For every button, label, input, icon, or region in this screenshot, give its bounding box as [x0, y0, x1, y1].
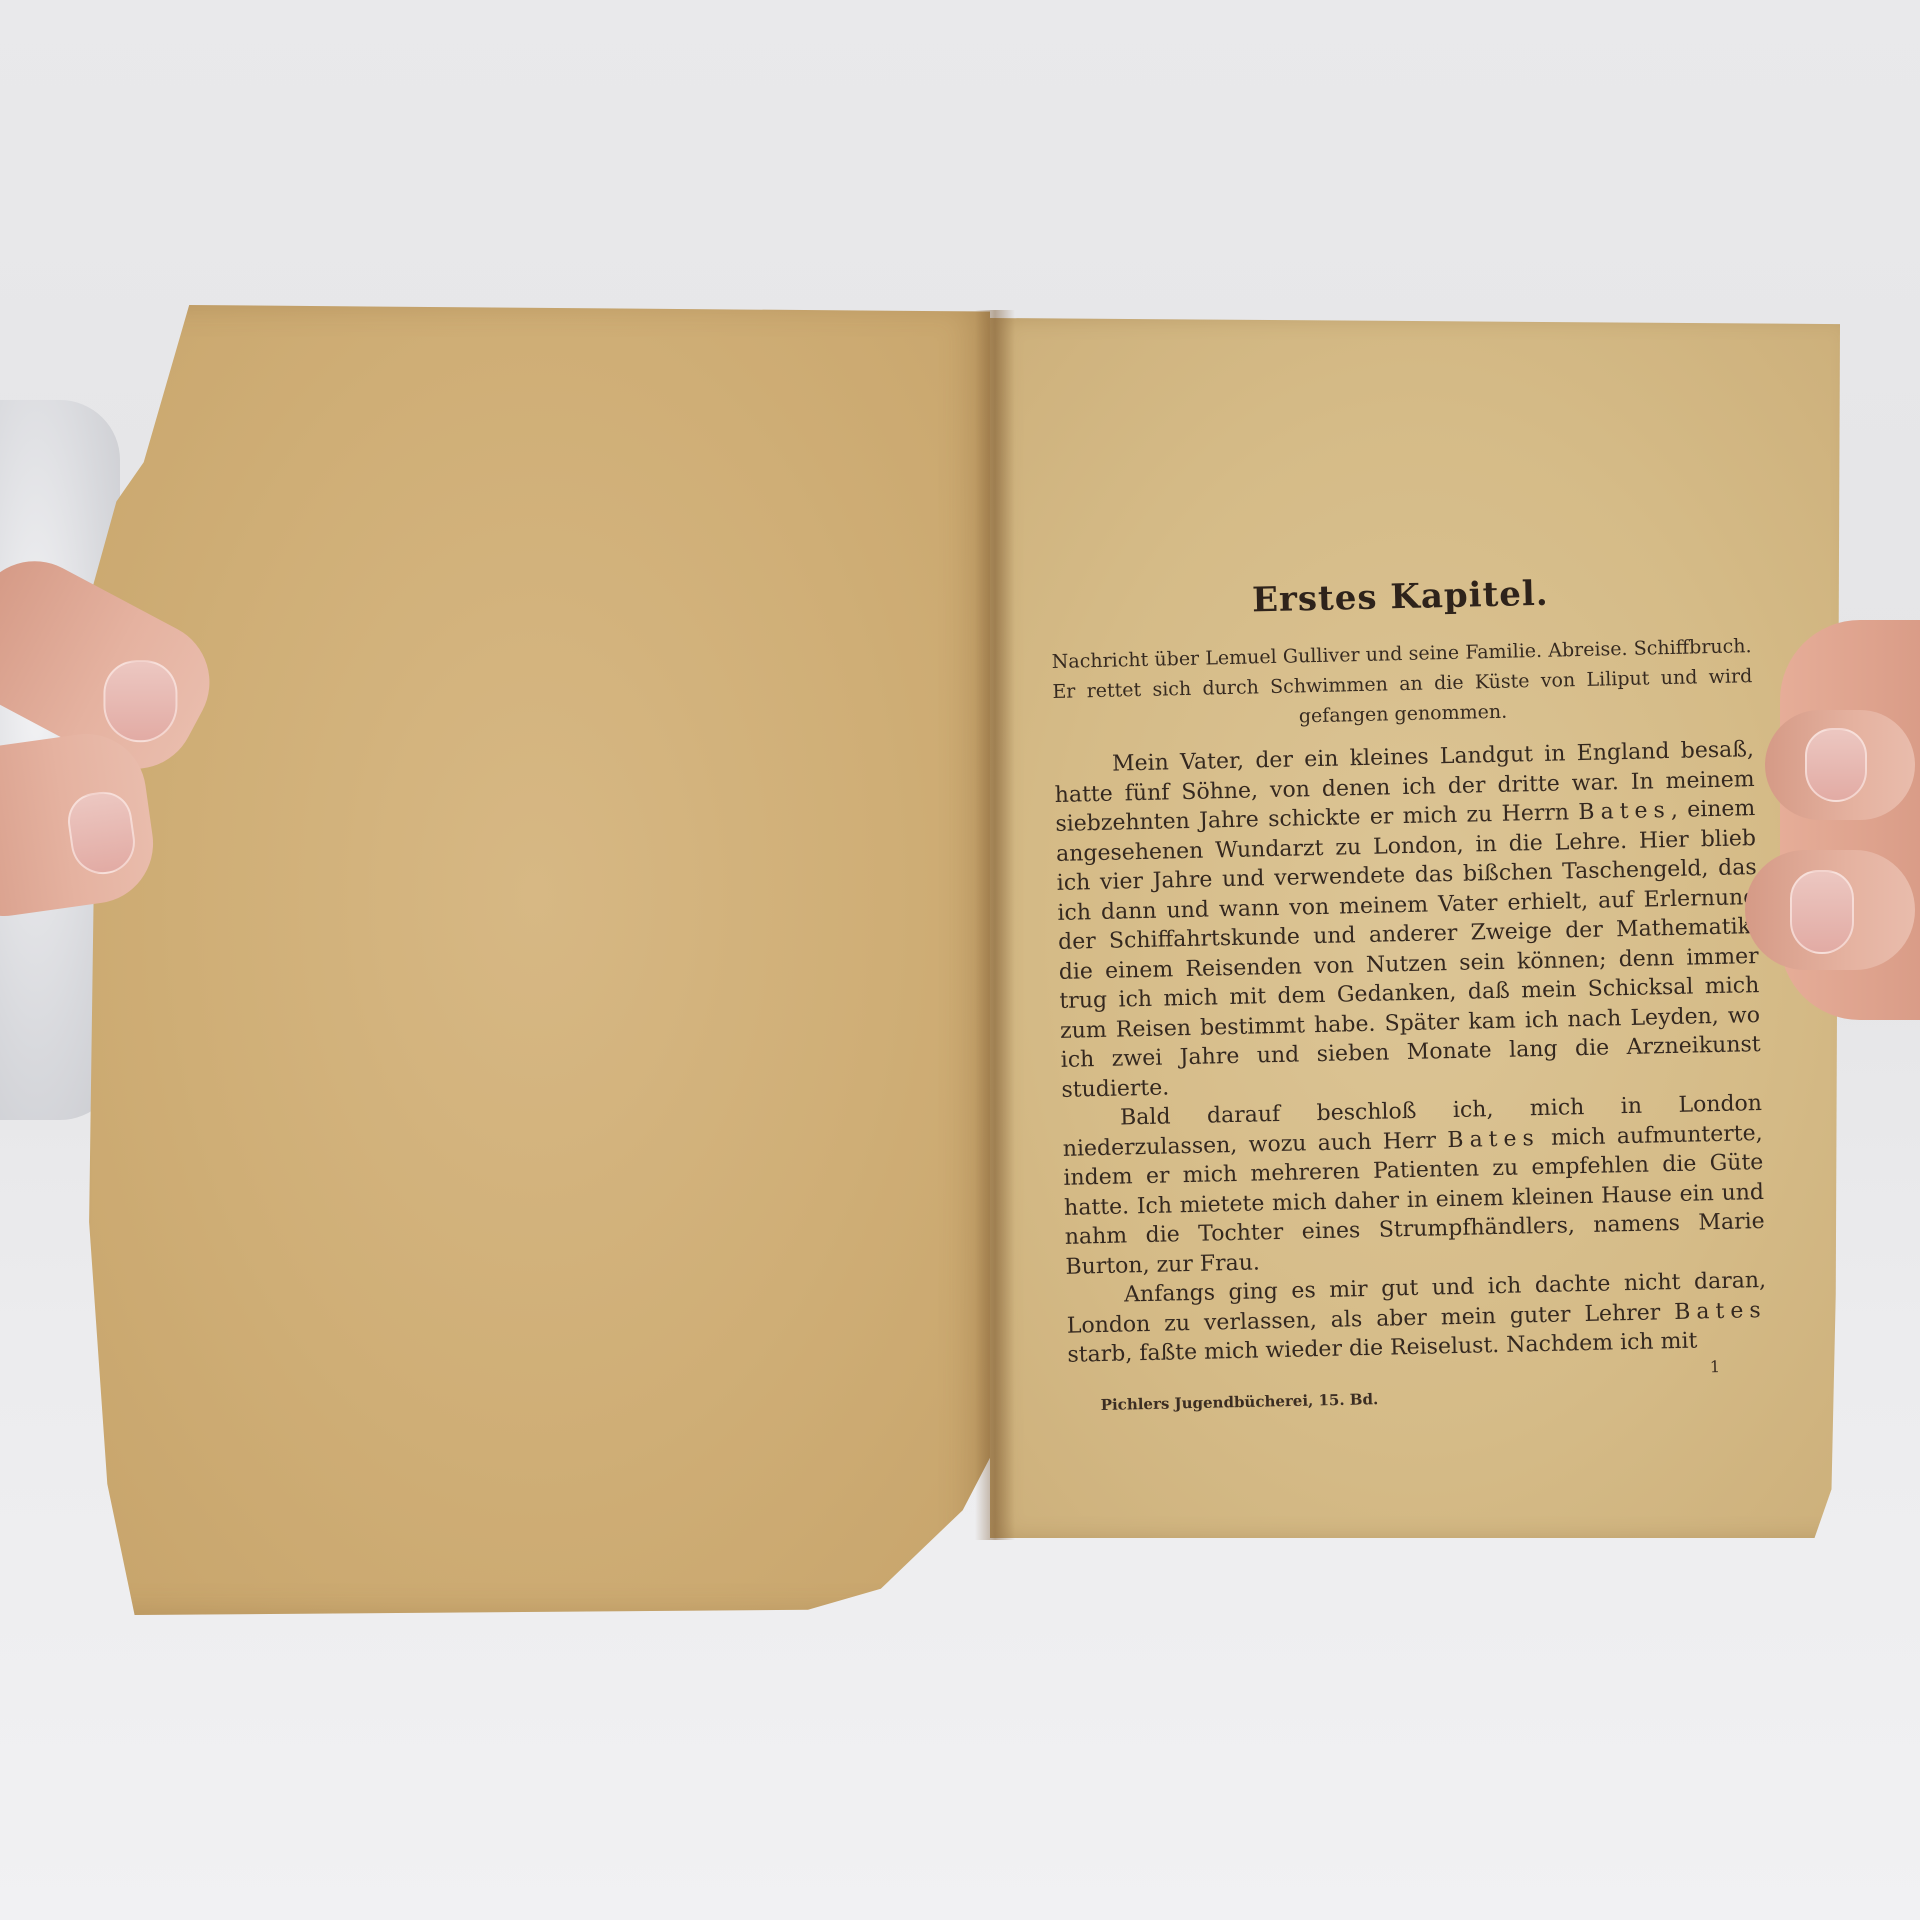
right-finger-lower: [1745, 850, 1915, 970]
signature-number: 1: [1710, 1357, 1721, 1401]
name-bates: Bates: [1578, 798, 1671, 825]
left-hand: [0, 590, 220, 1110]
fingernail-icon: [1805, 728, 1867, 802]
fingernail-icon: [103, 660, 177, 742]
right-hand: [1780, 620, 1920, 1140]
book-gutter: [975, 310, 1015, 1540]
right-finger-upper: [1765, 710, 1915, 820]
paragraph-3: Anfangs ging es mir gut und ich dachte n…: [1066, 1266, 1768, 1370]
chapter-summary: Nachricht über Lemuel Gulliver und seine…: [1051, 631, 1753, 737]
name-bates: Bates: [1674, 1297, 1767, 1324]
right-page-text: Erstes Kapitel. Nachricht über Lemuel Gu…: [1050, 569, 1768, 1370]
fingernail-icon: [64, 788, 139, 878]
open-book: Erstes Kapitel. Nachricht über Lemuel Gu…: [0, 0, 1920, 1920]
name-bates: Bates: [1447, 1126, 1540, 1153]
fingernail-icon: [1790, 870, 1854, 954]
paragraph-1: Mein Vater, der ein kleines Landgut in E…: [1054, 735, 1762, 1105]
paragraph-2: Bald darauf beschloß ich, mich in London…: [1062, 1089, 1766, 1282]
